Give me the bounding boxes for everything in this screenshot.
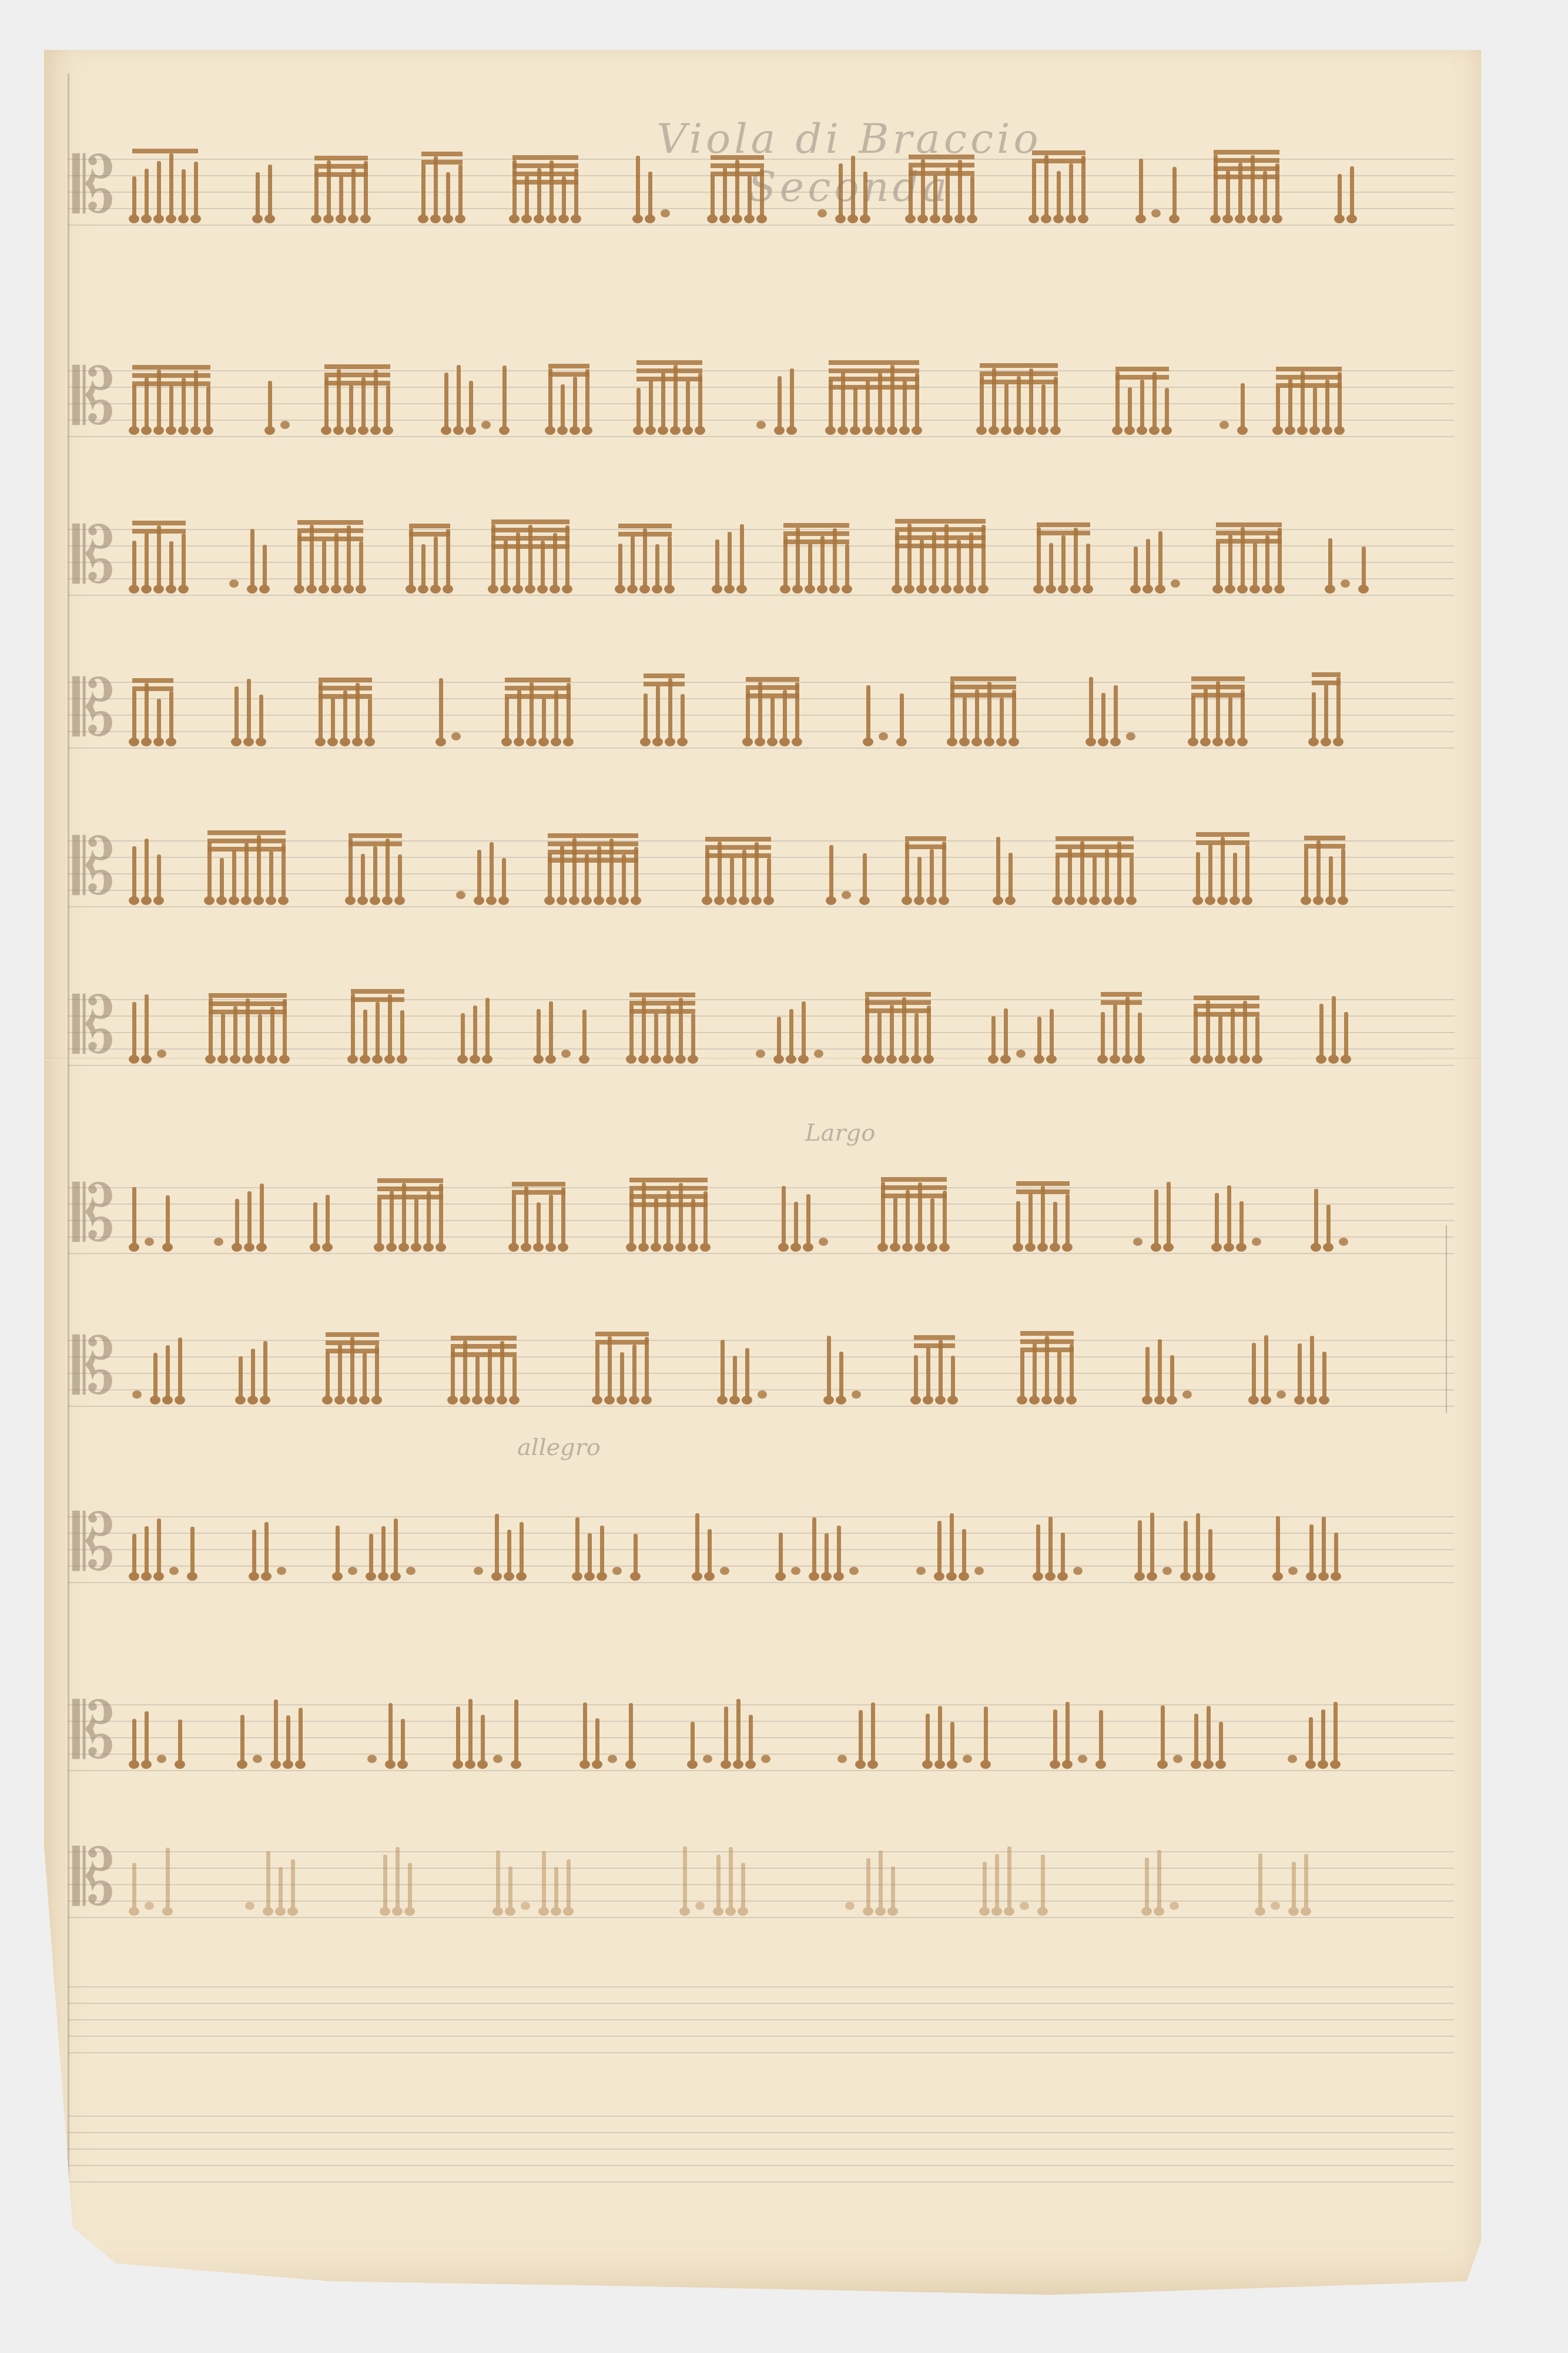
note-head (474, 1567, 483, 1575)
note-beam (865, 1008, 931, 1013)
note-beam (829, 360, 919, 365)
note-group (351, 994, 413, 1058)
note-stem (1228, 697, 1232, 740)
note-stem (491, 524, 495, 588)
note-stem (1251, 155, 1255, 217)
note-stem (1312, 692, 1316, 740)
alto-clef-icon: 𝄡 (72, 670, 115, 746)
note-stem (456, 1707, 460, 1763)
note-beam (132, 149, 198, 153)
note-stem (145, 994, 149, 1058)
note-head (157, 1050, 166, 1058)
note-stem (996, 837, 1000, 899)
note-beam (636, 360, 702, 365)
note-stem (863, 853, 867, 899)
note-stem (942, 842, 946, 899)
note-beam (865, 992, 931, 997)
note-stem (257, 835, 261, 899)
note-stem (1292, 1862, 1296, 1910)
note-stem (944, 524, 949, 588)
note-beam (644, 673, 685, 678)
note-group (209, 998, 295, 1058)
note-stem (268, 165, 272, 217)
note-stem (190, 1527, 195, 1575)
note-beam (705, 837, 771, 842)
note-beam (297, 537, 363, 541)
note-stem (339, 176, 343, 217)
note-beam (595, 1332, 649, 1336)
note-beam (512, 163, 578, 168)
note-stem (1029, 368, 1033, 429)
note-stem (914, 1013, 919, 1058)
note-stem (512, 1194, 516, 1246)
note-group (132, 1338, 190, 1399)
note-group (313, 1195, 338, 1246)
note-stem (582, 1010, 587, 1058)
note-stem (1044, 155, 1048, 217)
alto-clef-icon: 𝄡 (72, 517, 115, 594)
note-stem (446, 172, 450, 217)
note-row (132, 1316, 1443, 1434)
note-beam (319, 694, 372, 699)
note-stem (468, 1699, 473, 1763)
note-stem (169, 386, 173, 429)
note-beam (505, 694, 571, 699)
note-stem (1057, 1352, 1061, 1399)
note-group (336, 1519, 427, 1575)
note-group (1252, 1335, 1335, 1399)
note-beam (1312, 681, 1341, 685)
note-head (245, 1902, 254, 1910)
note-stem (481, 1715, 485, 1763)
note-head (145, 1238, 154, 1246)
note-row (132, 1493, 1443, 1610)
note-stem (1138, 1013, 1142, 1058)
note-beam (548, 850, 638, 854)
note-stem (918, 1182, 922, 1246)
note-head (974, 1567, 984, 1575)
note-beam (1056, 836, 1134, 841)
note-group (132, 1711, 190, 1763)
note-stem (507, 1530, 511, 1575)
note-stem (505, 698, 509, 740)
note-group (1276, 1516, 1346, 1575)
note-stem (926, 1348, 930, 1399)
note-stem (512, 1357, 517, 1399)
note-group (314, 160, 376, 217)
note-stem (1170, 1355, 1174, 1399)
note-stem (322, 541, 326, 588)
note-stem (132, 846, 136, 899)
note-stem (132, 1863, 136, 1910)
note-stem (567, 683, 571, 740)
note-stem (1313, 387, 1317, 429)
note-beam (980, 363, 1058, 368)
note-stem (356, 683, 360, 740)
note-beam (512, 180, 578, 185)
note-beam (324, 381, 390, 386)
note-stem (1207, 1706, 1211, 1763)
note-stem (386, 386, 390, 429)
tempo-marking: allegro (517, 1434, 601, 1461)
note-stem (1140, 380, 1144, 429)
note-stem (839, 1352, 843, 1399)
staff-system: 𝄡 (68, 1851, 1455, 1922)
note-stem (1032, 163, 1036, 217)
note-head (132, 1390, 142, 1399)
note-head (791, 1567, 800, 1575)
note-beam (512, 155, 578, 160)
note-group (207, 835, 294, 899)
note-group (1037, 527, 1098, 588)
note-stem (1338, 372, 1342, 429)
note-stem (169, 153, 173, 217)
note-group (865, 997, 939, 1058)
note-stem (1218, 1016, 1222, 1058)
note-stem (907, 524, 912, 588)
note-group (1328, 538, 1374, 588)
note-beam (548, 364, 589, 368)
note-group (1276, 371, 1350, 429)
note-stem (585, 369, 589, 429)
note-stem (866, 685, 870, 740)
note-stem (1041, 1855, 1045, 1910)
note-head (280, 421, 290, 429)
note-stem (926, 1714, 930, 1763)
note-stem (649, 380, 653, 429)
note-stem (970, 176, 974, 217)
note-beam (324, 364, 390, 369)
note-stem (1028, 1194, 1033, 1246)
note-stem (512, 160, 517, 217)
note-group (132, 1848, 178, 1910)
note-group (377, 1183, 451, 1246)
note-stem (268, 381, 272, 429)
note-group (983, 1846, 1053, 1910)
note-group (132, 994, 178, 1058)
note-group (837, 1702, 883, 1763)
note-stem (691, 1014, 695, 1058)
alto-clef-icon: 𝄡 (72, 1175, 115, 1252)
note-beam (512, 1182, 565, 1186)
note-stem (708, 1529, 712, 1575)
note-head (521, 1902, 530, 1910)
note-stem (246, 998, 250, 1058)
note-stem (263, 1341, 267, 1399)
note-stem (145, 1526, 149, 1575)
note-beam (618, 524, 672, 528)
note-stem (595, 1718, 599, 1763)
note-stem (1020, 1351, 1024, 1399)
note-head (214, 1238, 223, 1246)
note-beam (829, 377, 919, 381)
note-beam (829, 385, 919, 390)
note-group (245, 1851, 303, 1910)
note-stem (319, 682, 323, 740)
note-stem (827, 1336, 831, 1399)
note-head (229, 579, 239, 588)
note-beam (548, 842, 638, 846)
note-stem (444, 373, 448, 429)
note-stem (777, 1017, 781, 1058)
note-group (456, 842, 514, 899)
note-stem (1227, 1185, 1231, 1246)
note-stem (524, 1186, 528, 1246)
note-head (849, 1567, 859, 1575)
note-group (881, 1182, 955, 1246)
note-head (451, 732, 461, 740)
note-stem (473, 1005, 477, 1058)
note-stem (1309, 1717, 1313, 1763)
note-group (505, 682, 579, 740)
note-group (1338, 166, 1362, 217)
note-group (1115, 371, 1177, 429)
tempo-marking: Largo (805, 1119, 875, 1147)
note-stem (642, 997, 646, 1058)
note-beam (491, 544, 569, 549)
note-stem (748, 176, 752, 217)
note-group (421, 156, 471, 217)
note-stem (554, 1867, 558, 1910)
note-stem (634, 847, 638, 899)
note-beam (1115, 375, 1169, 380)
note-stem (668, 678, 672, 740)
note-stem (145, 839, 149, 899)
note-stem (132, 385, 136, 429)
note-stem (829, 845, 833, 899)
note-group (537, 1001, 595, 1058)
note-beam (1101, 1000, 1142, 1005)
note-head (1016, 1050, 1026, 1058)
note-beam (705, 845, 771, 850)
staff-system (68, 1986, 1455, 2057)
note-beam (297, 528, 363, 533)
note-beam (783, 539, 849, 544)
note-stem (1000, 698, 1004, 740)
note-stem (1145, 1858, 1149, 1910)
note-beam (132, 373, 210, 378)
note-stem (634, 1534, 638, 1575)
note-beam (1037, 531, 1090, 535)
note-group (496, 1851, 579, 1910)
note-stem (1329, 856, 1333, 899)
note-group (950, 681, 1024, 740)
note-stem (251, 1349, 255, 1399)
note-stem (383, 1855, 387, 1910)
note-stem (327, 160, 331, 217)
note-beam (1304, 836, 1345, 840)
note-head (406, 1567, 416, 1575)
note-stem (363, 1010, 367, 1058)
note-stem (475, 1356, 480, 1399)
note-group (756, 1001, 835, 1058)
note-group (132, 525, 194, 588)
note-beam (377, 1186, 443, 1191)
note-beam (548, 833, 638, 838)
note-stem (1016, 1201, 1020, 1246)
note-stem (1216, 681, 1220, 740)
note-stem (1049, 543, 1053, 588)
note-stem (299, 1708, 303, 1763)
note-stem (950, 1513, 954, 1575)
note-stem (779, 1533, 783, 1575)
note-stem (983, 1862, 987, 1910)
note-stem (291, 1859, 295, 1910)
note-stem (359, 541, 363, 588)
note-stem (679, 1183, 683, 1246)
note-beam (314, 164, 368, 169)
note-stem (153, 1353, 158, 1399)
note-group (991, 1008, 1062, 1058)
note-stem (631, 536, 635, 588)
note-group (829, 845, 875, 899)
note-group (512, 1186, 574, 1246)
note-beam (1214, 158, 1279, 163)
note-stem (902, 997, 906, 1058)
note-stem (715, 539, 719, 588)
note-stem (1341, 849, 1345, 899)
note-stem (938, 1706, 942, 1763)
note-stem (730, 857, 734, 899)
note-beam (1276, 383, 1342, 388)
note-group (980, 368, 1066, 429)
note-stem (381, 1526, 386, 1575)
note-stem (741, 1863, 745, 1910)
note-stem (565, 525, 569, 588)
note-head (695, 1902, 705, 1910)
note-stem (778, 376, 782, 429)
note-stem (235, 1199, 239, 1246)
note-beam (505, 686, 571, 691)
note-stem (132, 1719, 136, 1763)
note-beam (905, 844, 946, 849)
note-stem (1304, 848, 1308, 899)
note-beam (1214, 166, 1279, 171)
note-stem (1157, 1850, 1161, 1910)
note-stem (1316, 840, 1321, 899)
note-stem (1350, 166, 1354, 217)
note-group (1145, 1339, 1204, 1399)
note-stem (951, 1356, 955, 1399)
note-stem (871, 1702, 875, 1763)
note-stem (1322, 1352, 1326, 1399)
note-group (721, 1340, 779, 1399)
note-stem (132, 691, 136, 740)
note-stem (269, 851, 273, 899)
note-stem (145, 169, 149, 217)
note-head (367, 1755, 377, 1763)
note-head (819, 1238, 828, 1246)
note-stem (573, 377, 577, 429)
note-stem (263, 545, 267, 588)
note-stem (1048, 1517, 1053, 1575)
note-stem (274, 1700, 278, 1763)
note-group (1139, 159, 1185, 217)
note-group (1312, 677, 1349, 740)
note-stem (915, 373, 919, 429)
note-stem (767, 858, 771, 899)
note-beam (1276, 375, 1342, 380)
note-group (324, 369, 398, 429)
note-beam (132, 529, 186, 534)
note-stem (877, 1013, 882, 1058)
note-stem (1152, 372, 1157, 429)
note-stem (679, 998, 683, 1058)
note-stem (795, 682, 799, 740)
note-stem (542, 698, 546, 740)
note-stem (508, 1866, 512, 1910)
note-beam (1194, 995, 1259, 1000)
note-row (132, 817, 1443, 934)
note-stem (408, 1863, 412, 1910)
note-stem (825, 1533, 829, 1575)
note-head (608, 1755, 617, 1763)
note-stem (695, 1513, 699, 1575)
note-stem (266, 1851, 270, 1910)
note-head (661, 209, 670, 217)
note-group (234, 679, 272, 740)
note-stem (595, 1344, 599, 1399)
note-stem (1146, 539, 1150, 588)
note-stem (656, 686, 660, 740)
note-stem (1041, 1186, 1045, 1246)
note-stem (749, 1715, 753, 1763)
note-stem (1362, 547, 1366, 588)
note-stem (1239, 1201, 1244, 1246)
note-group (715, 524, 752, 588)
note-head (963, 1755, 972, 1763)
note-stem (1264, 1335, 1268, 1399)
note-stem (421, 544, 425, 588)
note-beam (980, 380, 1058, 384)
note-stem (987, 682, 991, 740)
note-stem (1255, 1017, 1259, 1058)
note-stem (839, 163, 843, 217)
note-head (1288, 1567, 1298, 1575)
note-group (916, 1513, 996, 1575)
note-group (1101, 997, 1150, 1058)
note-group (783, 528, 857, 588)
note-beam (409, 524, 450, 528)
note-row (132, 2092, 1443, 2210)
note-beam (895, 527, 986, 532)
note-beam (1194, 1004, 1259, 1008)
note-stem (1336, 677, 1341, 740)
note-beam (629, 1202, 708, 1207)
note-stem (386, 839, 390, 899)
note-beam (1032, 159, 1085, 163)
note-beam (326, 1349, 379, 1353)
note-stem (347, 525, 351, 588)
note-beam (349, 833, 402, 838)
note-stem (502, 366, 507, 429)
note-stem (409, 528, 413, 588)
note-beam (209, 1010, 287, 1014)
note-stem (1053, 1202, 1057, 1246)
alto-clef-icon: 𝄡 (72, 1504, 115, 1581)
alto-clef-icon: 𝄡 (72, 147, 115, 223)
note-stem (636, 156, 640, 217)
note-head (1341, 579, 1350, 588)
note-head (837, 1755, 847, 1763)
note-stem (337, 369, 341, 429)
note-row (132, 1681, 1443, 1798)
note-stem (396, 1847, 400, 1910)
note-stem (1041, 384, 1046, 429)
note-stem (851, 156, 855, 217)
note-head (1288, 1755, 1297, 1763)
note-row (132, 347, 1443, 464)
